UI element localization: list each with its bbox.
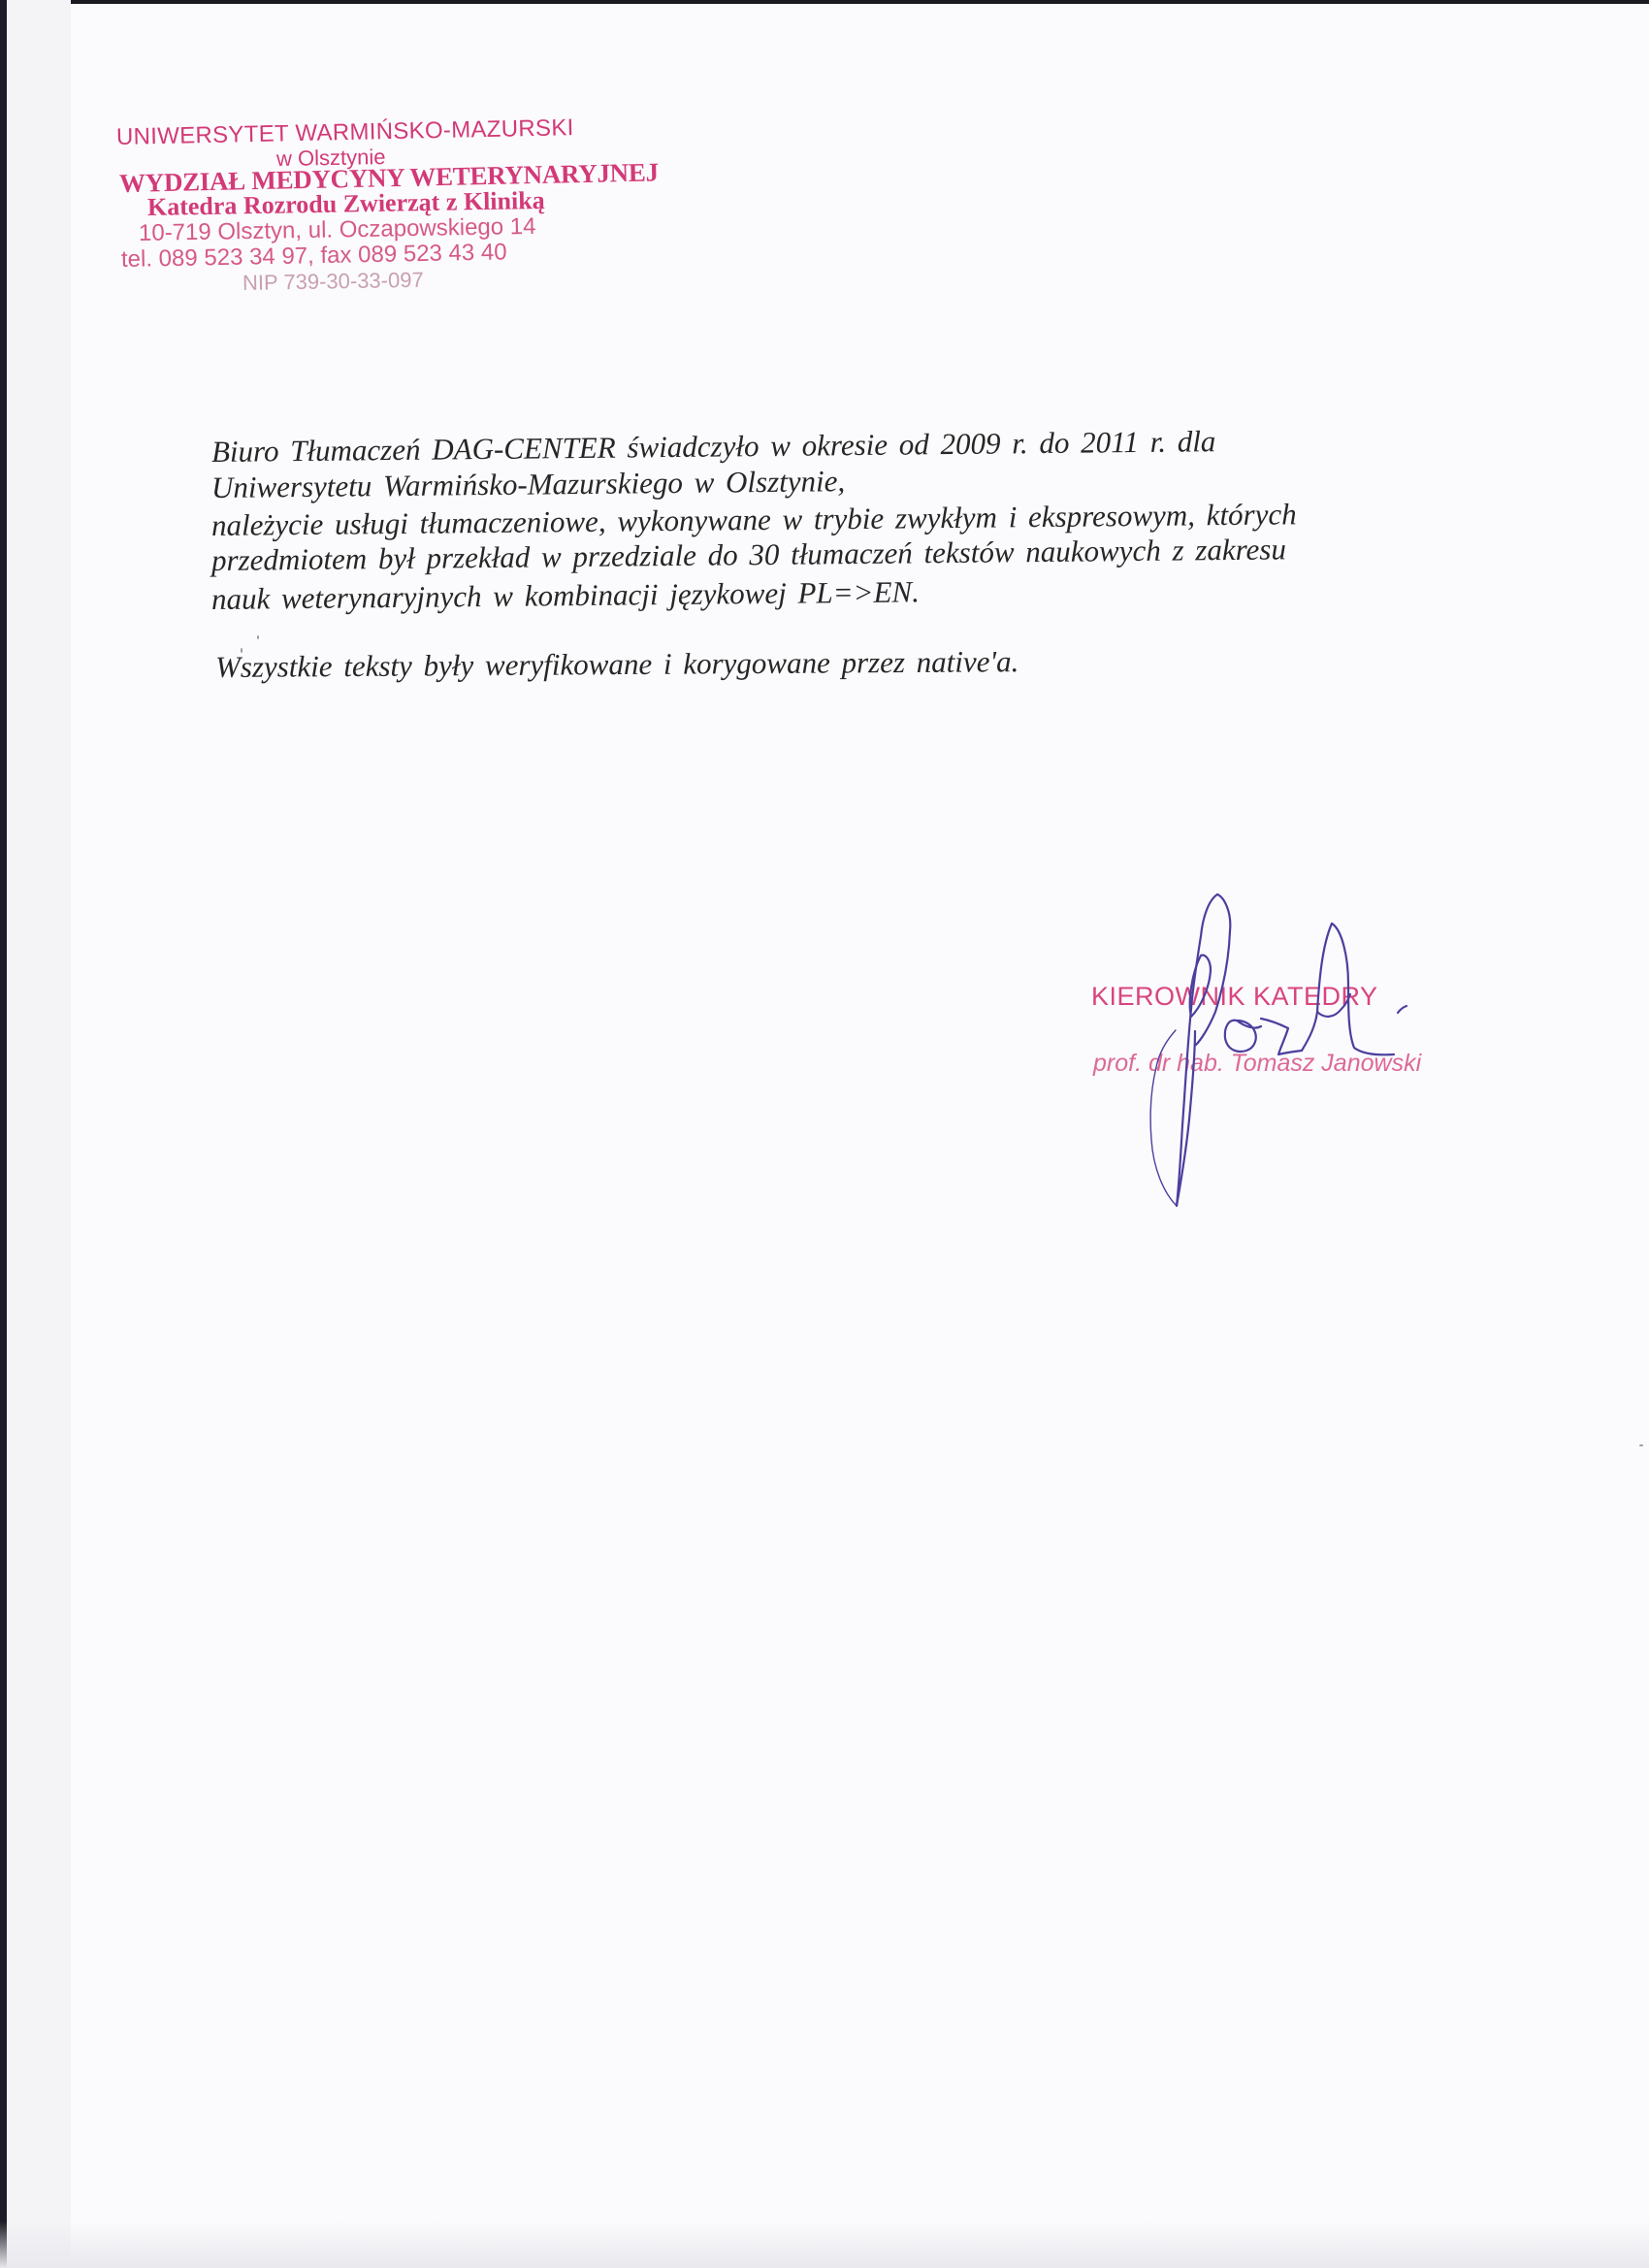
scan-shade-bottom <box>0 2221 1649 2268</box>
scan-speck <box>257 635 259 639</box>
handwritten-signature-icon <box>0 0 1649 2268</box>
body-line: Uniwersytetu Warmińsko-Mazurskiego w Ols… <box>211 464 846 505</box>
body-line: Biuro Tłumaczeń DAG-CENTER świadczyło w … <box>211 424 1216 470</box>
scan-speck <box>1639 1444 1643 1446</box>
stamp-nip: NIP 739-30-33-097 <box>242 268 424 296</box>
signature-title: KIEROWNIK KATEDRY <box>1091 982 1378 1012</box>
scan-border-left <box>0 0 7 2268</box>
body-closing-line: Wszystkie teksty były weryfikowane i kor… <box>215 644 1019 685</box>
scan-shade-left <box>7 0 71 2268</box>
scan-border-top <box>0 0 1649 4</box>
signature-name: prof. dr hab. Tomasz Janowski <box>1093 1050 1421 1078</box>
body-line: nauk weterynaryjnych w kombinacji języko… <box>211 574 920 617</box>
scan-speck <box>241 648 242 653</box>
